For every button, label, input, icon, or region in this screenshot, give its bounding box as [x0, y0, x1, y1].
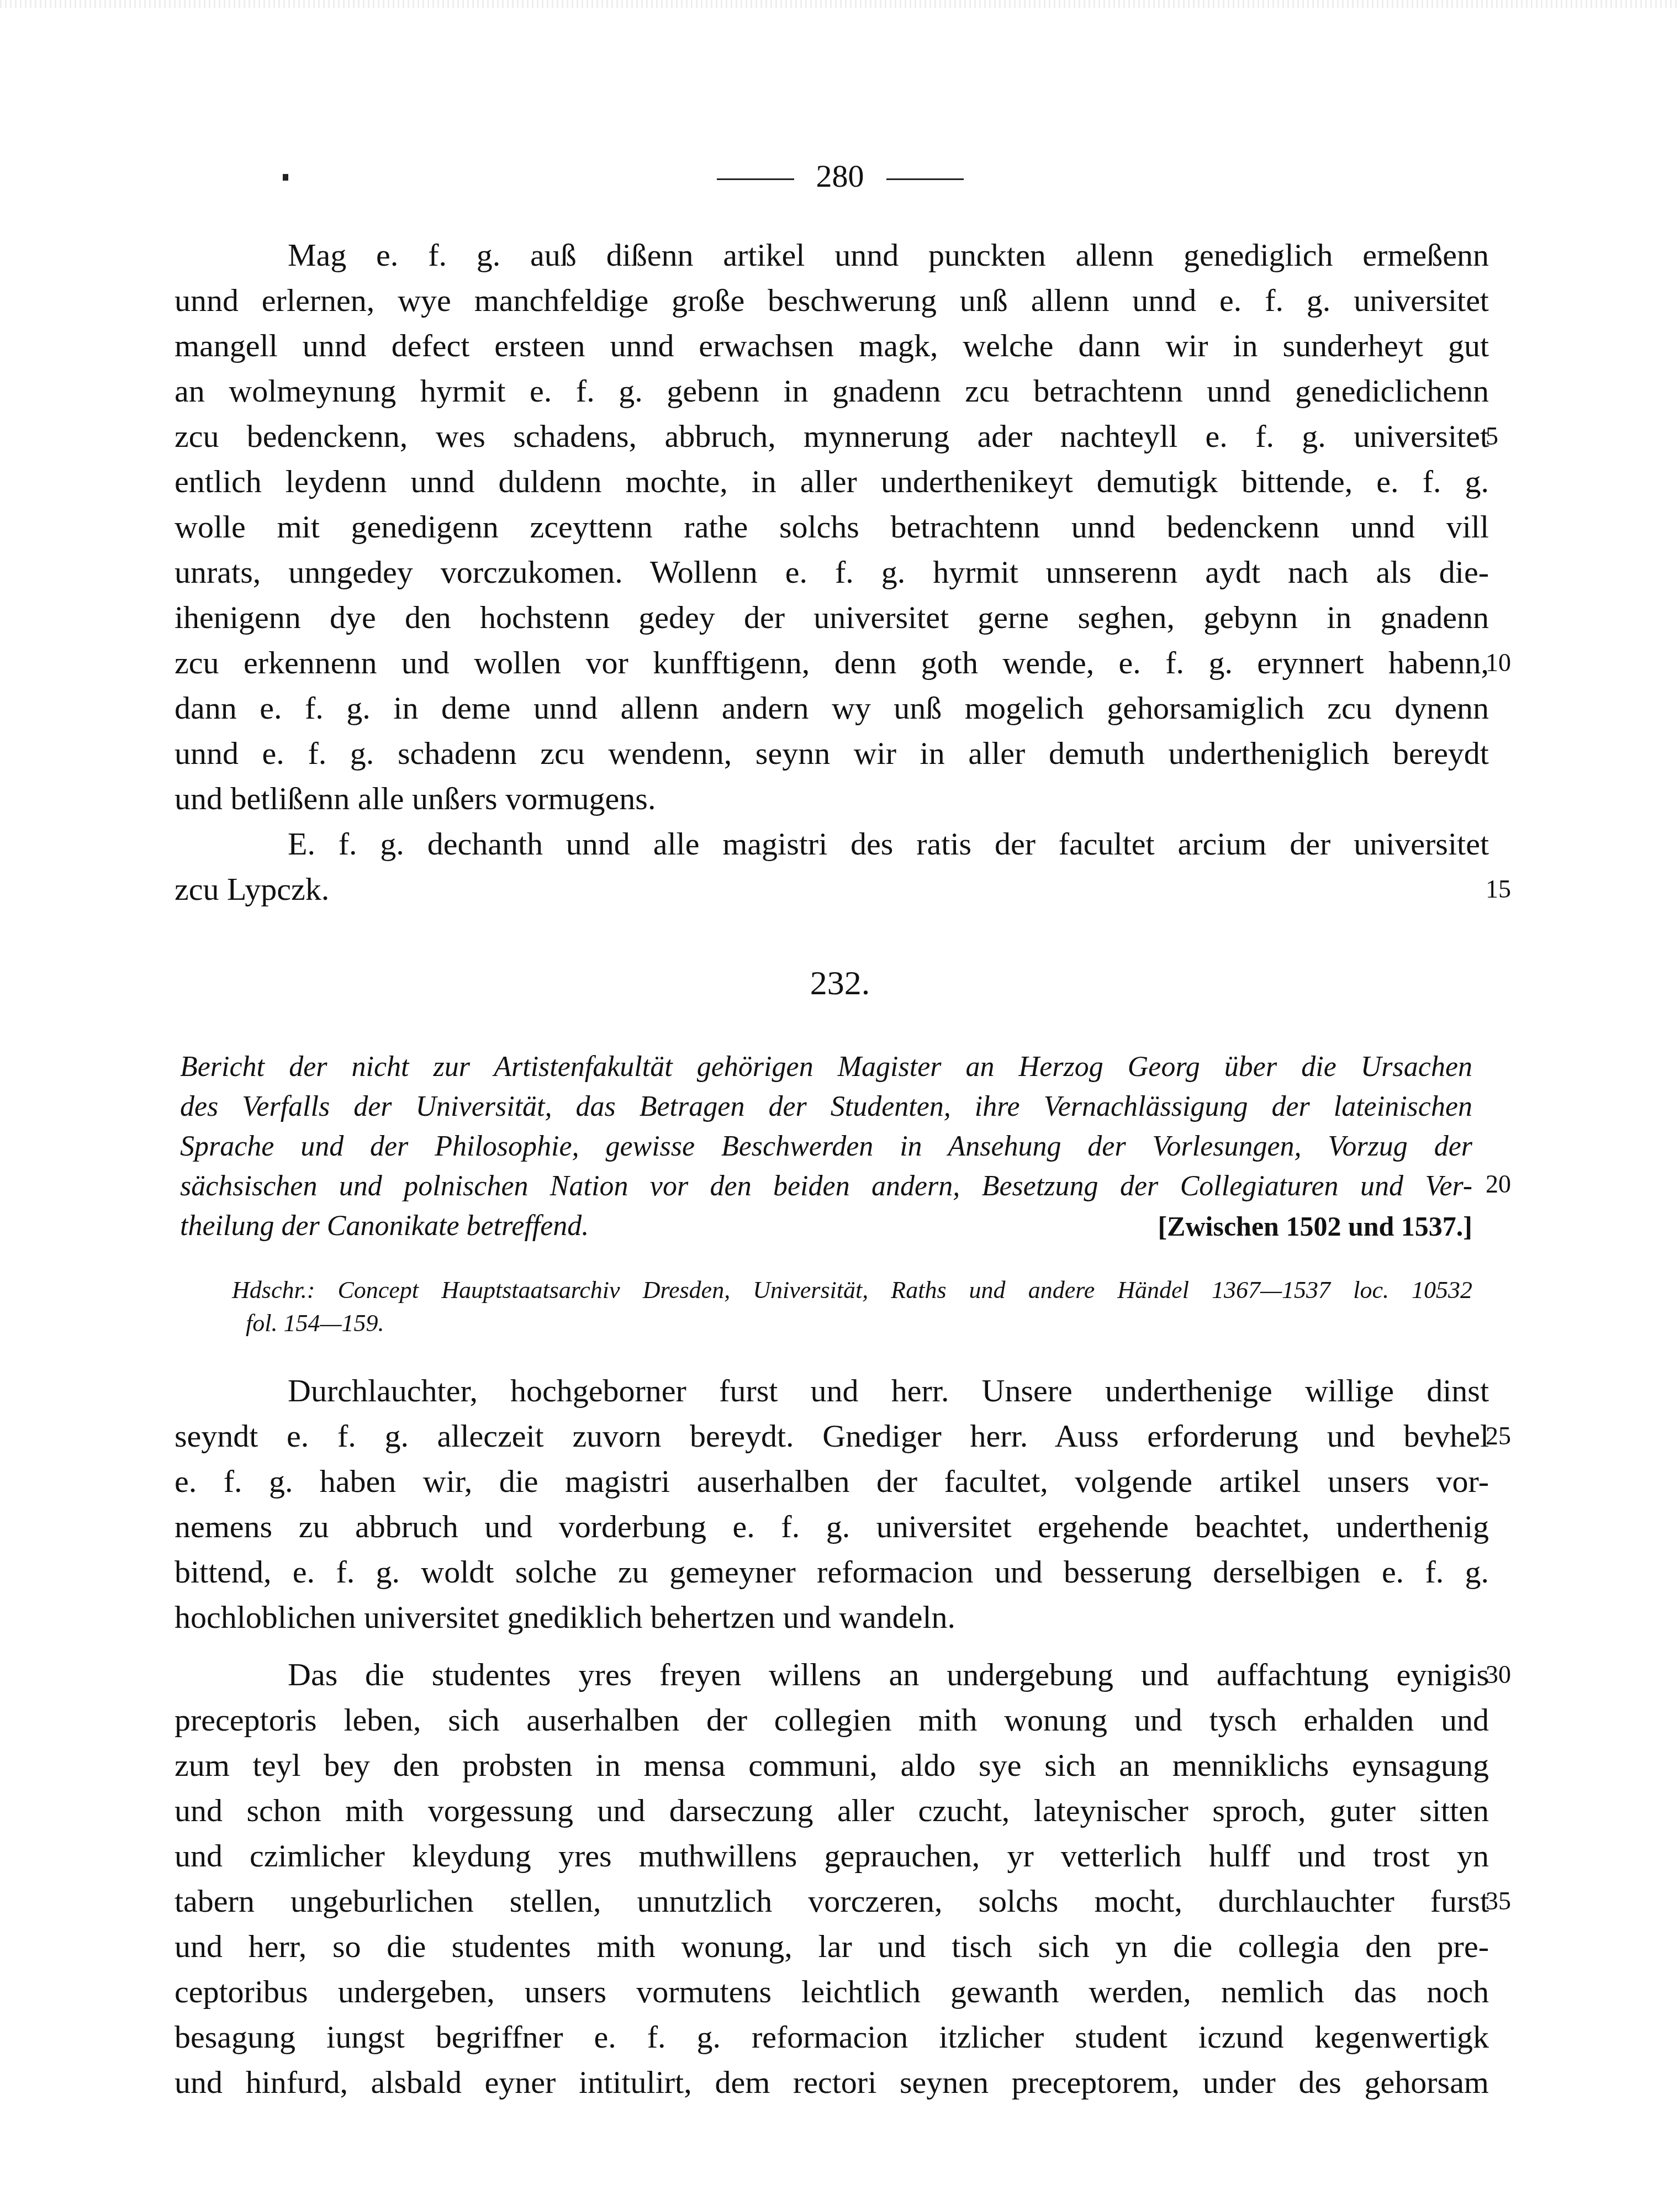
text-line: Das die studentes yres freyen willens an… [288, 1653, 1489, 1697]
source-line: fol. 154—159. [246, 1306, 1486, 1341]
summary-line: des Verfalls der Universität, das Betrag… [180, 1086, 1472, 1127]
text-line: und herr, so die studentes mith wonung, … [175, 1924, 1489, 1969]
text-line: nemens zu abbruch und vorderbung e. f. g… [175, 1505, 1489, 1549]
text-line: unrats, unngedey vorczukomen. Wollenn e.… [175, 550, 1489, 594]
line-number: 10 [1486, 641, 1511, 685]
line-number: 35 [1486, 1879, 1511, 1923]
text-line: ihenigenn dye den hochstenn gedey der un… [175, 595, 1489, 640]
text-line: zcu bedenckenn, wes schadens, abbruch, m… [175, 414, 1489, 458]
line-number: 25 [1486, 1414, 1511, 1458]
text-line: entlich leydenn unnd duldenn mochte, in … [175, 460, 1489, 504]
text-line: zum teyl bey den probsten in mensa commu… [175, 1743, 1489, 1787]
text-line: unnd erlernen, wye manchfeldige große be… [175, 278, 1489, 323]
text-line: wolle mit genedigenn zceyttenn rathe sol… [175, 505, 1489, 549]
page-number: 280 [816, 158, 864, 194]
text-line: und betlißenn alle unßers vormugens. [175, 777, 1489, 821]
line-number: 5 [1486, 414, 1498, 458]
source-line: Hdschr.: Concept Hauptstaatsarchiv Dresd… [232, 1273, 1472, 1307]
text-line: bittend, e. f. g. woldt solche zu gemeyn… [175, 1550, 1489, 1594]
header-dash-right [886, 178, 964, 180]
text-line: zcu Lypczk. [175, 867, 1489, 911]
summary-line: sächsischen und polnischen Nation vor de… [180, 1166, 1472, 1207]
text-line: und schon mith vorgessung und darseczung… [175, 1789, 1489, 1833]
text-line: ceptoribus undergeben, unsers vormutens … [175, 1970, 1489, 2014]
line-number: 30 [1486, 1653, 1511, 1697]
line-number: 20 [1486, 1162, 1511, 1206]
line-number: 15 [1486, 867, 1511, 911]
text-line: unnd e. f. g. schadenn zcu wendenn, seyn… [175, 731, 1489, 776]
text-line: an wolmeynung hyrmit e. f. g. gebenn in … [175, 369, 1489, 413]
text-line: E. f. g. dechanth unnd alle magistri des… [288, 822, 1489, 866]
document-page: 280 Mag e. f. g. auß dißenn artikel unnd… [0, 0, 1680, 2189]
document-date: [Zwischen 1502 und 1537.] [1158, 1206, 1472, 1247]
header-dash-left [717, 178, 794, 180]
text-line: seyndt e. f. g. alleczeit zuvorn bereydt… [175, 1414, 1489, 1458]
summary-line: Sprache und der Philosophie, gewisse Bes… [180, 1126, 1472, 1167]
text-line: und hinfurd, alsbald eyner intitulirt, d… [175, 2060, 1489, 2104]
text-line: zcu erkennenn und wollen vor kunfftigenn… [175, 641, 1489, 685]
text-line: hochloblichen universitet gnediklich beh… [175, 1595, 1489, 1639]
stray-mark [283, 174, 288, 181]
text-line: und czimlicher kleydung yres muthwillens… [175, 1834, 1489, 1878]
document-number: 232. [0, 964, 1680, 1003]
text-line: Mag e. f. g. auß dißenn artikel unnd pun… [288, 233, 1489, 277]
text-line: mangell unnd defect ersteen unnd erwachs… [175, 324, 1489, 368]
scan-edge-noise [0, 0, 1680, 8]
text-line: besagung iungst begriffner e. f. g. refo… [175, 2015, 1489, 2059]
summary-line: theilung der Canonikate betreffend. [180, 1206, 843, 1247]
text-line: preceptoris leben, sich auserhalben der … [175, 1698, 1489, 1742]
text-line: dann e. f. g. in deme unnd allenn andern… [175, 686, 1489, 730]
text-line: tabern ungeburlichen stellen, unnutzlich… [175, 1879, 1489, 1923]
page-header: 280 [0, 157, 1680, 194]
summary-line: Bericht der nicht zur Artistenfakultät g… [180, 1047, 1472, 1088]
text-line: e. f. g. haben wir, die magistri auserha… [175, 1459, 1489, 1504]
text-line: Durchlauchter, hochgeborner furst und he… [288, 1369, 1489, 1413]
